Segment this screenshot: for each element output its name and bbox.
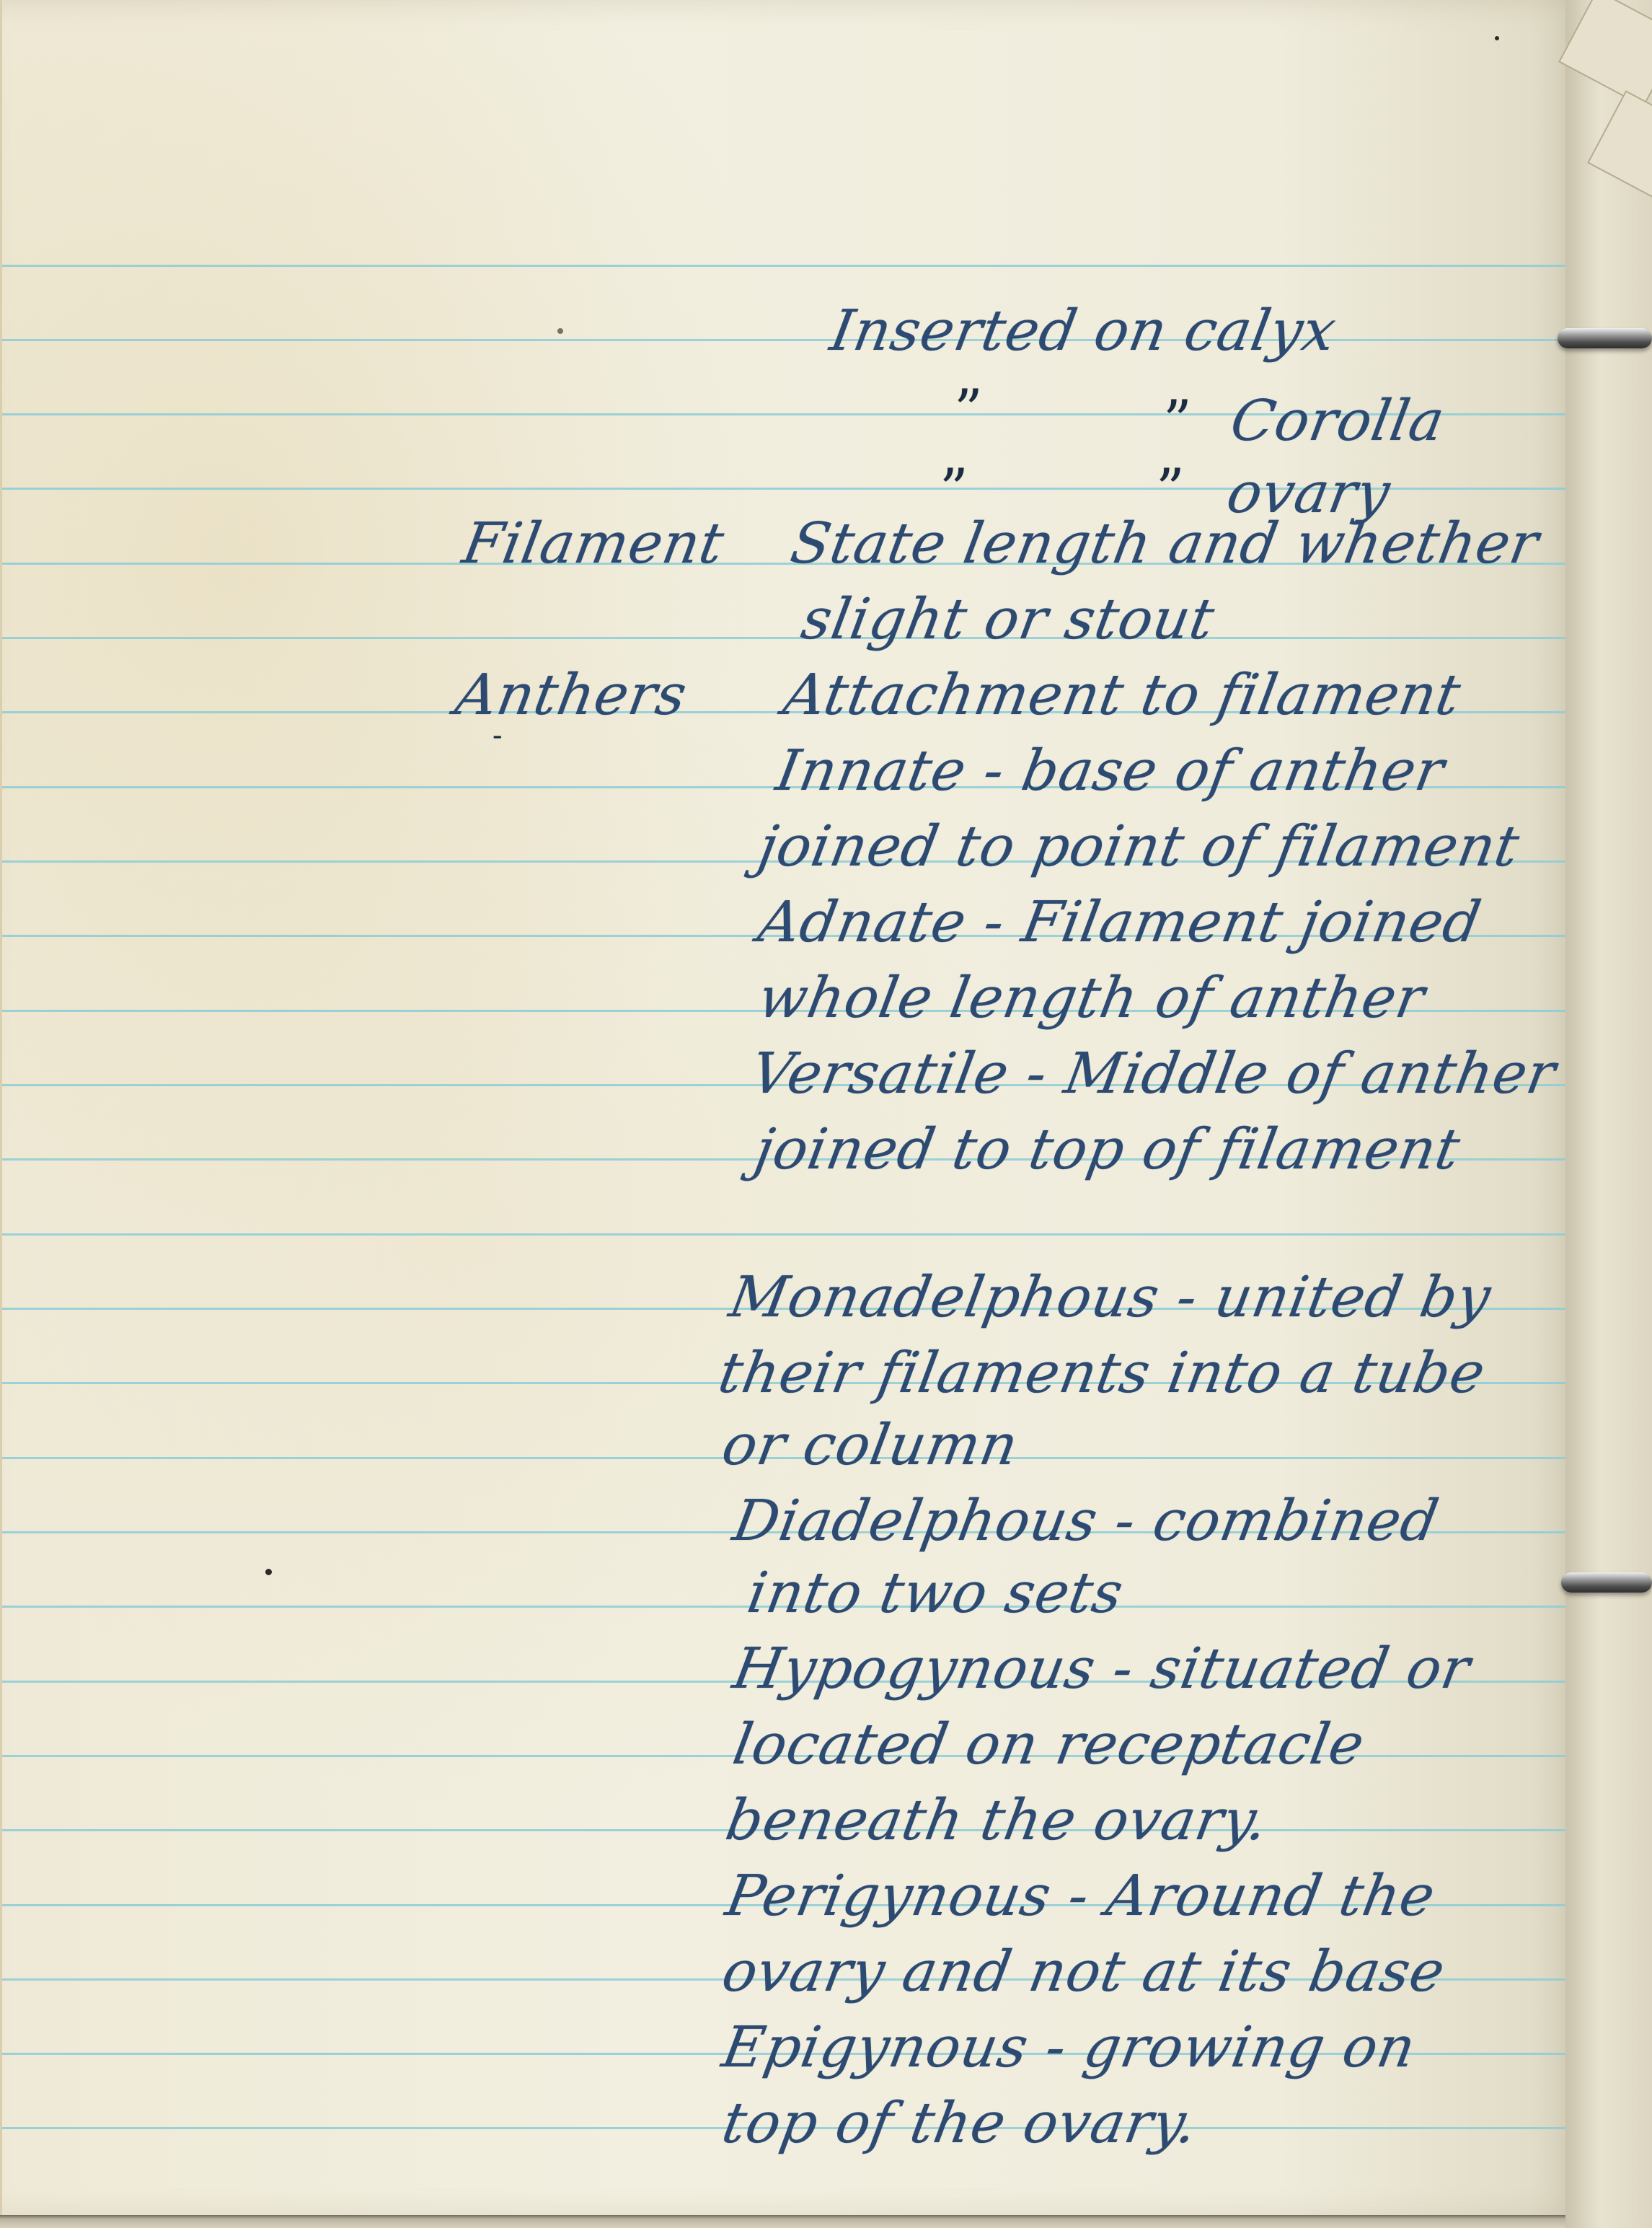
- ditto-mark: ”: [954, 382, 984, 439]
- note-line: Epigynous - growing on: [718, 2020, 1420, 2076]
- binder-ring: [1558, 328, 1652, 348]
- ruled-line: [2, 339, 1592, 341]
- note-line: Perigynous - Around the: [722, 1868, 1439, 1924]
- ink-speck: [557, 328, 563, 334]
- note-line: ovary and not at its base: [718, 1944, 1449, 2000]
- ditto-mark: ”: [1163, 393, 1193, 449]
- margin-mark: -: [492, 721, 503, 750]
- note-line: State length and whether: [787, 516, 1543, 572]
- note-line: or column: [718, 1417, 1022, 1474]
- note-line: Innate - base of anther: [772, 743, 1449, 799]
- ruled-line: [2, 265, 1592, 267]
- margin-label-anthers: Anthers: [451, 667, 691, 723]
- note-line: located on receptacle: [729, 1717, 1369, 1773]
- note-line: joined to top of filament: [751, 1122, 1465, 1178]
- note-line: slight or stout: [798, 591, 1219, 648]
- ruled-line: [2, 1233, 1592, 1236]
- note-line: Diadelphous - combined: [729, 1493, 1443, 1549]
- note-line: whole length of anther: [754, 970, 1429, 1026]
- note-line: top of the ovary.: [718, 2095, 1201, 2152]
- ruled-line: [2, 637, 1592, 639]
- margin-label-filament: Filament: [459, 516, 728, 572]
- header-line-calyx: Inserted on calyx: [826, 303, 1340, 359]
- page-bottom-edge: [0, 2215, 1590, 2228]
- note-line: into two sets: [743, 1565, 1127, 1621]
- note-line: Attachment to filament: [779, 667, 1465, 723]
- note-line: joined to point of filament: [754, 819, 1524, 875]
- note-line: Adnate - Filament joined: [754, 894, 1485, 951]
- header-line-corolla: Corolla: [1227, 393, 1449, 449]
- notebook-page: Inserted on calyx ” ” Corolla ” ” ovary …: [0, 0, 1592, 2218]
- note-line: beneath the ovary.: [722, 1792, 1272, 1849]
- ink-speck: [265, 1569, 272, 1575]
- note-line: Monadelphous - united by: [725, 1269, 1495, 1326]
- note-line: Versatile - Middle of anther: [747, 1046, 1560, 1102]
- binder-ring: [1561, 1572, 1652, 1593]
- note-line: Hypogynous - situated or: [729, 1641, 1475, 1697]
- note-line: their filaments into a tube: [715, 1345, 1490, 1401]
- ink-speck: [1495, 36, 1499, 40]
- ditto-mark: ”: [940, 462, 969, 518]
- ditto-mark: ”: [1156, 462, 1185, 518]
